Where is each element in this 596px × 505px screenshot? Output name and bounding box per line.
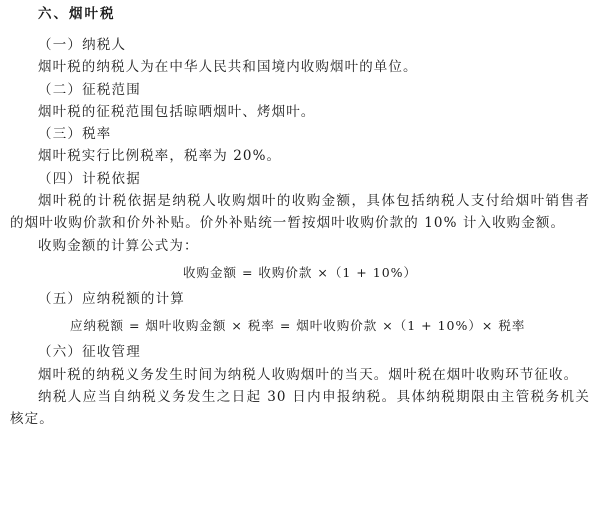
formula-tax-payable: 应纳税额 = 烟叶收购金额 × 税率 = 烟叶收购价款 ×（1 + 10%）× …	[10, 310, 590, 341]
paragraph-scope: 烟叶税的征税范围包括晾晒烟叶、烤烟叶。	[10, 101, 590, 123]
subsection-heading-administration: （六）征收管理	[10, 341, 590, 363]
subsection-heading-basis: （四）计税依据	[10, 168, 590, 190]
subsection-heading-scope: （二）征税范围	[10, 79, 590, 101]
subsection-heading-tax-calc: （五）应纳税额的计算	[10, 288, 590, 310]
paragraph-administration-1: 烟叶税的纳税义务发生时间为纳税人收购烟叶的当天。烟叶税在烟叶收购环节征收。	[10, 364, 590, 386]
subsection-heading-rate: （三）税率	[10, 123, 590, 145]
section-title: 六、烟叶税	[10, 3, 590, 34]
paragraph-taxpayer: 烟叶税的纳税人为在中华人民共和国境内收购烟叶的单位。	[10, 56, 590, 78]
paragraph-basis: 烟叶税的计税依据是纳税人收购烟叶的收购金额，具体包括纳税人支付给烟叶销售者的烟叶…	[10, 190, 590, 235]
document-page: 六、烟叶税 （一）纳税人 烟叶税的纳税人为在中华人民共和国境内收购烟叶的单位。 …	[10, 0, 590, 430]
subsection-heading-taxpayer: （一）纳税人	[10, 34, 590, 56]
paragraph-administration-2: 纳税人应当自纳税义务发生之日起 30 日内申报纳税。具体纳税期限由主管税务机关核…	[10, 386, 590, 431]
formula-purchase-amount: 收购金额 = 收购价款 ×（1 + 10%）	[10, 257, 590, 288]
paragraph-rate: 烟叶税实行比例税率，税率为 20%。	[10, 145, 590, 167]
paragraph-formula-intro: 收购金额的计算公式为：	[10, 235, 590, 257]
